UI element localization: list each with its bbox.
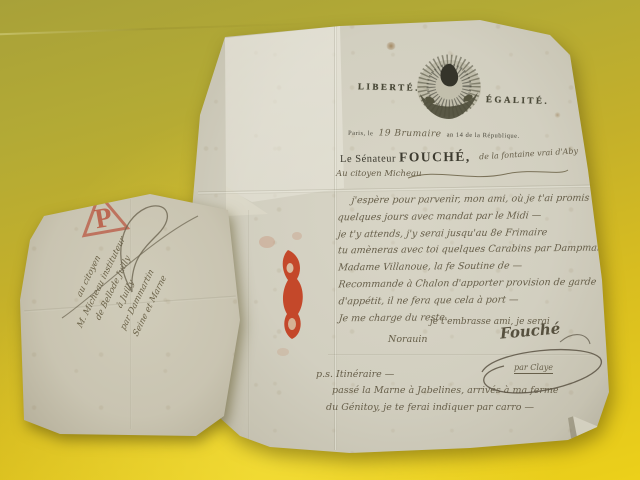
fouche-signature: Fouché: [499, 319, 561, 342]
sender-handwritten-note: de la fontaine vrai d'Aby: [478, 146, 577, 161]
paraph-note: par Claye: [514, 363, 553, 374]
dateline-printed-suffix: an 14 de la République.: [447, 132, 520, 140]
sender-line: Le Sénateur FOUCHÉ, de la fontaine vrai …: [340, 147, 578, 167]
sender-printed-title: Le Sénateur FOUCHÉ,: [340, 153, 471, 165]
liberty-emblem-icon: [410, 48, 488, 134]
postscript-line: p.s. Itinéraire —: [316, 369, 394, 380]
motto-egalite: ÉGALITÉ.: [486, 94, 550, 106]
brown-stain: [386, 42, 396, 50]
address-panel: P au citoyen M. Micheau instituteur de B…: [14, 185, 260, 451]
body-line: d'appétit, il ne fera que cela à port —: [338, 291, 596, 310]
closing-name: Norauin: [388, 334, 428, 345]
postscript-line: passé la Marne à Jabelines, arrivés à ma…: [332, 385, 559, 396]
photo-of-letter: LIBERTÉ. ÉGALITÉ. Paris, le 19 Brumaire …: [0, 0, 640, 480]
postscript-line: du Génitoy, je te ferai indiquer par car…: [326, 402, 534, 413]
dateline: Paris, le 19 Brumaire an 14 de la Républ…: [348, 128, 598, 142]
dateline-handwritten-date: 19 Brumaire: [379, 128, 442, 139]
letter-body: j'espère pour parvenir, mon ami, où je t…: [337, 191, 594, 328]
sender-name: FOUCHÉ,: [399, 149, 471, 165]
foxing-spot: [554, 112, 561, 118]
addressee-line: Au citoyen Micheau: [336, 169, 422, 179]
lower-fold-crease: [328, 354, 594, 356]
address-panel-paper: P au citoyen M. Micheau instituteur de B…: [14, 185, 260, 451]
body-line: quelques jours avec mandat par le Midi —: [337, 207, 595, 226]
dateline-printed-prefix: Paris, le: [348, 130, 374, 137]
rotated-address-block: au citoyen M. Micheau instituteur de Bel…: [45, 195, 195, 389]
